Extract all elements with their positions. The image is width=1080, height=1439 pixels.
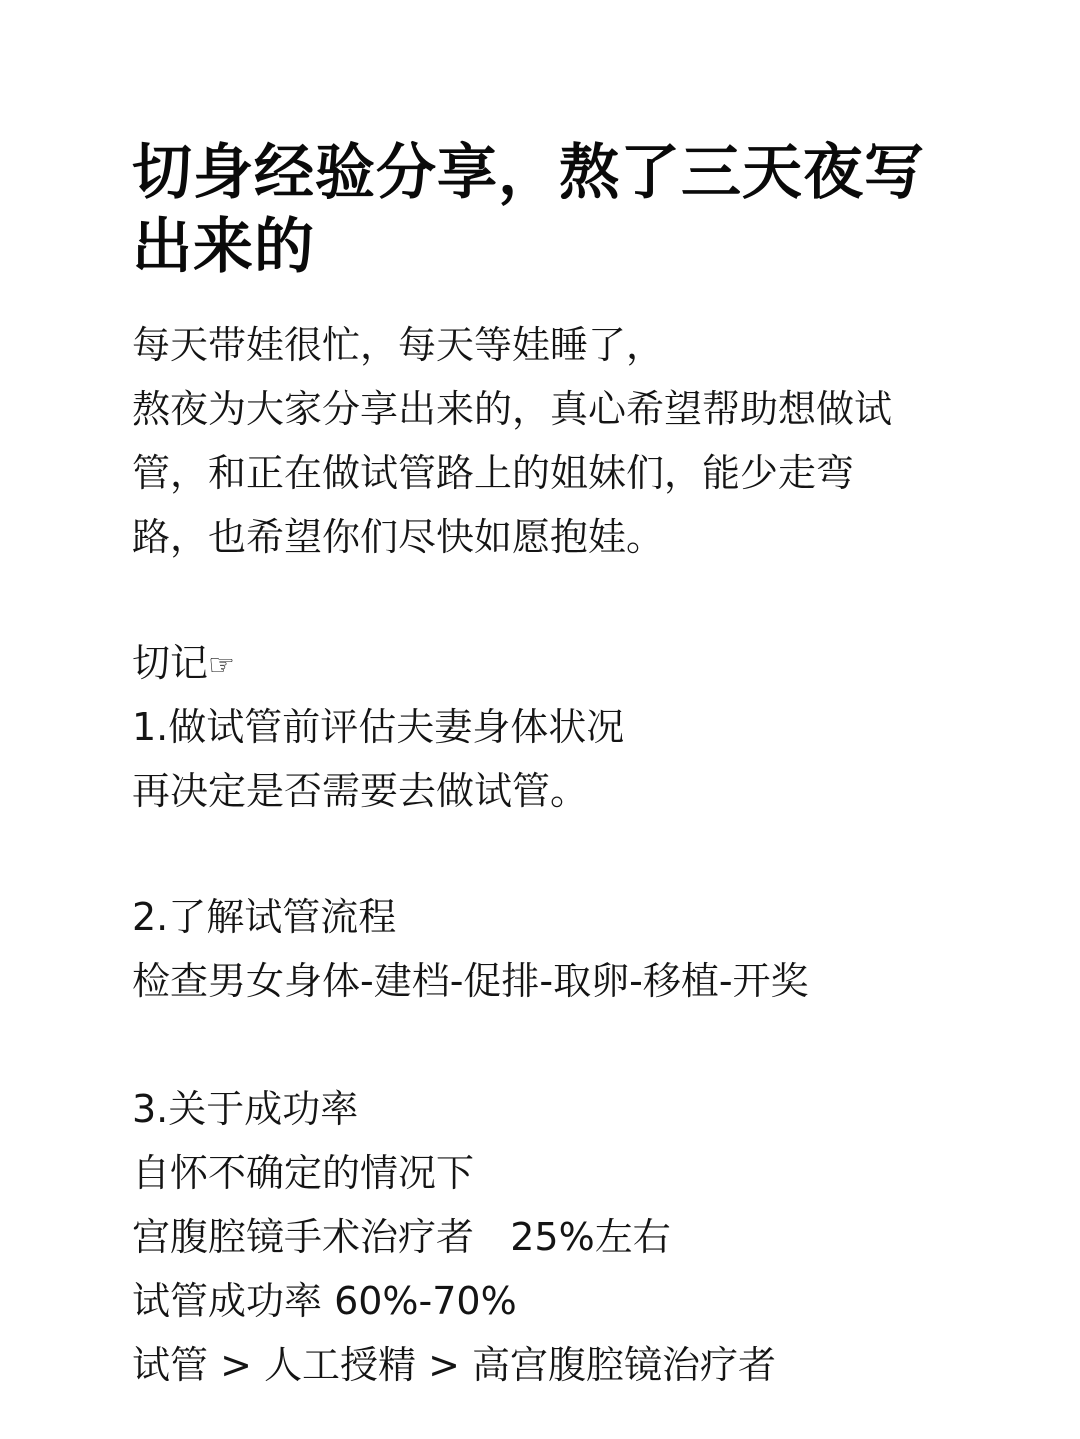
intro-line-1: 每天带娃很忙，每天等娃睡了，	[132, 322, 664, 368]
intro-line-2: 熬夜为大家分享出来的，真心希望帮助想做试	[132, 386, 892, 432]
section-3-heading: 3.关于成功率	[132, 1086, 358, 1132]
section-3-line-2: 宫腹腔镜手术治疗者 25%左右	[132, 1214, 671, 1260]
intro-line-3: 管，和正在做试管路上的姐妹们，能少走弯	[132, 450, 854, 496]
intro-line-4: 路，也希望你们尽快如愿抱娃。	[132, 514, 664, 560]
page-title: 切身经验分享，熬了三天夜写出来的	[132, 136, 972, 284]
section-3-line-4: 试管 > 人工授精 > 高宫腹腔镜治疗者	[132, 1342, 776, 1388]
section-3-line-1: 自怀不确定的情况下	[132, 1150, 474, 1196]
reminder-heading: 切记☞	[132, 640, 235, 689]
reminder-label: 切记	[132, 641, 208, 685]
section-2-heading: 2.了解试管流程	[132, 894, 396, 940]
section-3-line-3: 试管成功率 60%-70%	[132, 1278, 517, 1324]
section-2-line-1: 检查男女身体-建档-促排-取卵-移植-开奖	[132, 958, 809, 1004]
section-1-line-1: 再决定是否需要去做试管。	[132, 768, 588, 814]
section-1-heading: 1.做试管前评估夫妻身体状况	[132, 704, 624, 750]
pointing-hand-icon: ☞	[208, 643, 235, 689]
